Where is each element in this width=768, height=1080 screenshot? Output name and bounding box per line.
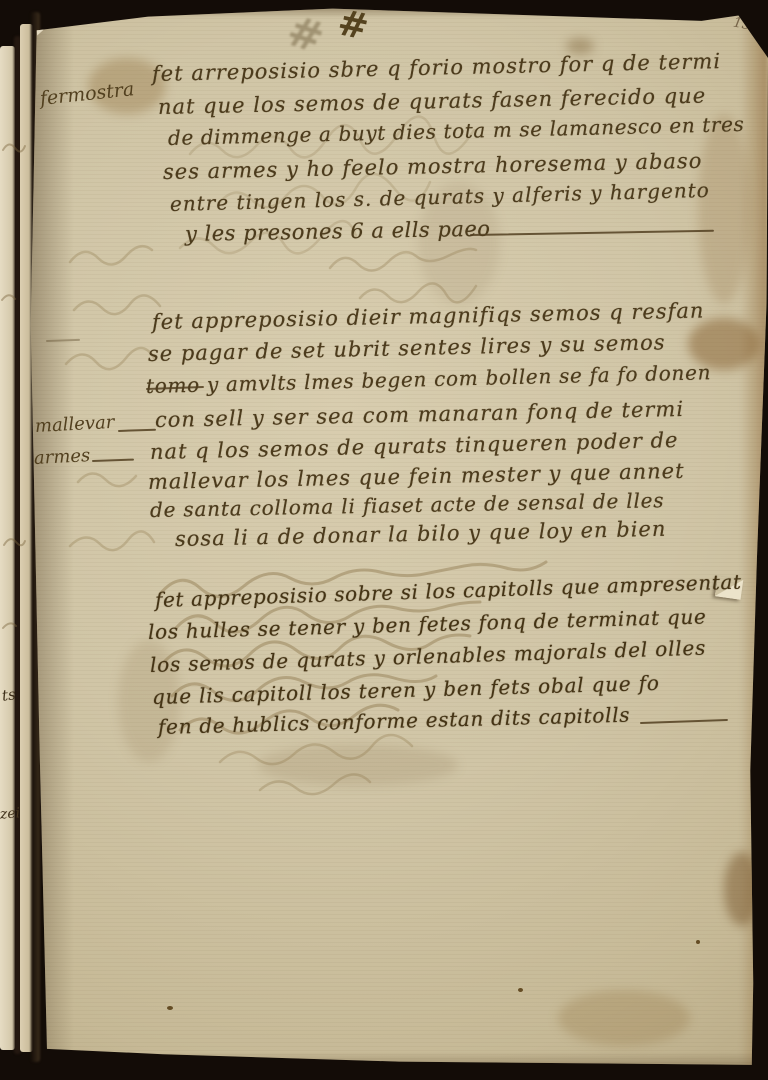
edge-text-fragment: ts (1, 685, 17, 704)
handwriting-line: con sell y ser sea com manaran fonq de t… (155, 397, 685, 432)
manuscript-scan: ts zei (0, 0, 768, 1080)
paper-stain (558, 990, 690, 1046)
page-edge-shadow (30, 6, 768, 18)
edge-text-fragment: zei (0, 805, 21, 822)
paper-speck (696, 940, 700, 944)
ink-rule (640, 719, 728, 724)
handwriting-line: ses armes y ho feelo mostra horesema y a… (163, 149, 703, 184)
handwriting-line: de santa colloma li fiaset acte de sensa… (150, 488, 665, 522)
page-edge-shadow (30, 1052, 768, 1068)
folio-number: 15 (732, 15, 752, 34)
paper-stain (698, 114, 750, 304)
handwriting-line: fet appreposisio dieir magnifiqs semos q… (152, 298, 705, 334)
handwriting-line: de dimmenge a buyt dies tota m se lamane… (168, 112, 745, 150)
paper-speck (518, 988, 523, 992)
handwriting-line: fen de hublics conforme estan dits capit… (158, 703, 631, 739)
ink-rule (46, 339, 80, 342)
manuscript-page: # # 15 fermostra mallevar armes fet arre… (30, 6, 768, 1068)
cross-mark-ghost: # (281, 6, 330, 63)
book-page-edge (0, 46, 15, 1050)
ink-rule (470, 230, 714, 236)
ink-rule (92, 459, 134, 462)
paper-stain (724, 852, 760, 926)
handwriting-line: fet arreposisio sbre q forio mostro for … (152, 49, 722, 86)
ink-rule (118, 429, 156, 432)
cross-mark: # (334, 1, 372, 48)
handwriting-line: nat q los semos de qurats tinqueren pode… (150, 428, 679, 464)
margin-note: armes (33, 445, 90, 469)
handwriting-line: sosa li a de donar la bilo y que loy en … (175, 517, 667, 551)
handwriting-line: los semos de qurats y orlenables majoral… (150, 636, 707, 677)
paper-speck (167, 1006, 173, 1010)
paper-stain (258, 744, 458, 786)
margin-note: mallevar (34, 412, 114, 437)
handwriting-line: tomo y amvlts lmes begen com bollen se f… (146, 360, 712, 398)
handwriting-line: se pagar de set ubrit sentes lires y su … (148, 330, 666, 366)
handwriting-line: nat que los semos de qurats fasen fereci… (158, 84, 707, 119)
